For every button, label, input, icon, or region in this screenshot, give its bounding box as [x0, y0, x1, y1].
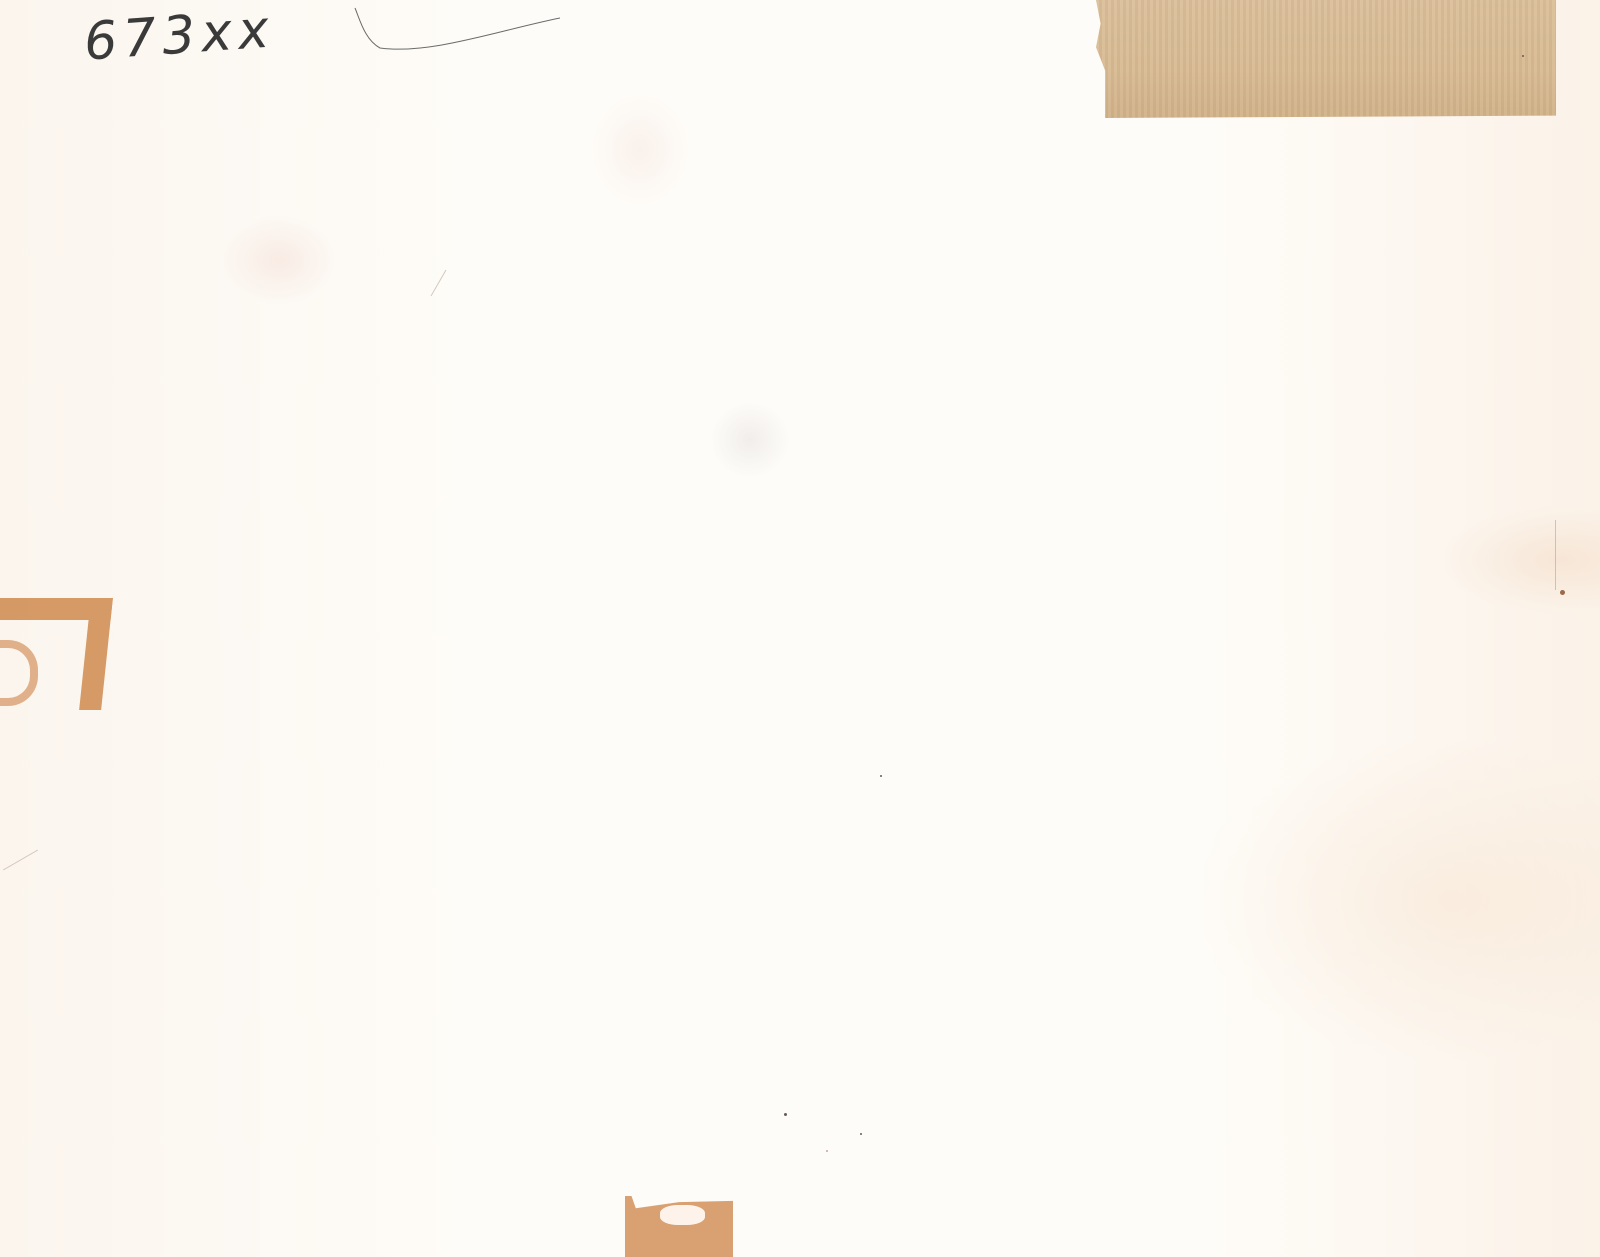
paper-crease — [1555, 520, 1556, 590]
speck — [1522, 55, 1524, 57]
speck — [860, 1133, 862, 1135]
tape-texture — [1096, 0, 1556, 118]
paper-background — [0, 0, 1600, 1257]
speck — [826, 1150, 828, 1152]
speck — [1560, 590, 1565, 595]
speck — [784, 1113, 787, 1116]
masking-tape — [1096, 0, 1556, 118]
stamp-fragment-bottom-gap — [660, 1205, 705, 1225]
speck — [880, 775, 882, 777]
